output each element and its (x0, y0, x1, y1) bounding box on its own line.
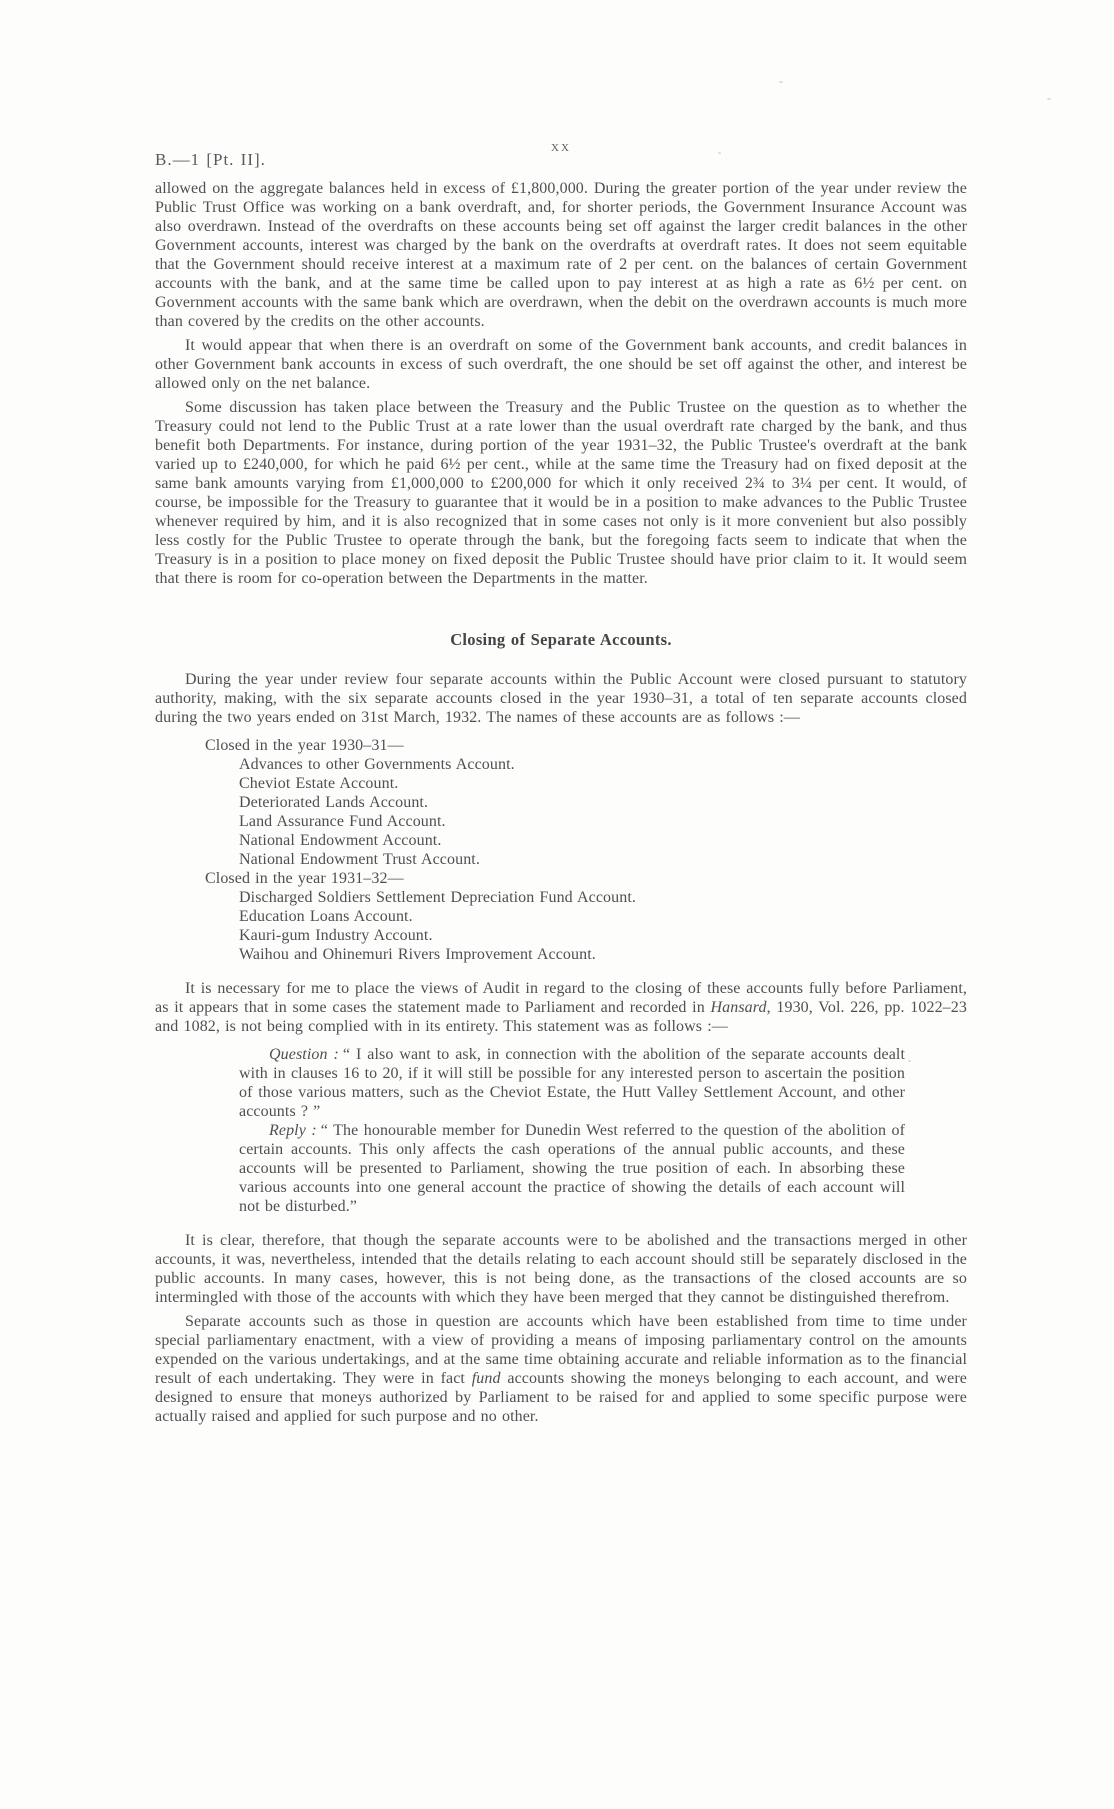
paragraph-details-disclosure: It is clear, therefore, that though the … (155, 1231, 967, 1307)
list-item-cheviot-estate: Cheviot Estate Account. (155, 774, 967, 793)
paragraph-hansard-reference: It is necessary for me to place the view… (155, 979, 967, 1036)
page-number: xx (155, 138, 967, 157)
hansard-italic: Hansard (710, 999, 766, 1016)
question-paragraph: Question :“ I also want to ask, in conne… (239, 1045, 905, 1121)
paragraph-net-balance: It would appear that when there is an ov… (155, 336, 967, 393)
paragraph-fund-accounts: Separate accounts such as those in quest… (155, 1312, 967, 1426)
scan-speck (1047, 98, 1051, 100)
list-item-kauri-gum-industry: Kauri-gum Industry Account. (155, 926, 967, 945)
section-heading-closing-of-separate-accounts: Closing of Separate Accounts. (155, 630, 967, 649)
list-item-national-endowment-trust: National Endowment Trust Account. (155, 850, 967, 869)
list-item-education-loans: Education Loans Account. (155, 907, 967, 926)
list-item-land-assurance-fund: Land Assurance Fund Account. (155, 812, 967, 831)
list-item-waihou-ohinemuri-rivers: Waihou and Ohinemuri Rivers Improvement … (155, 945, 967, 964)
paragraph-treasury-discussion: Some discussion has taken place between … (155, 398, 967, 588)
reply-paragraph: Reply :“ The honourable member for Duned… (239, 1121, 905, 1216)
question-label: Question : (269, 1046, 343, 1063)
list-item-advances-other-governments: Advances to other Governments Account. (155, 755, 967, 774)
reply-label: Reply : (269, 1122, 321, 1139)
page-header: B.—1 [Pt. II]. xx (155, 146, 967, 173)
hansard-quote-block: Question :“ I also want to ask, in conne… (155, 1045, 967, 1216)
scan-speck (908, 1060, 911, 1062)
list-item-deteriorated-lands: Deteriorated Lands Account. (155, 793, 967, 812)
closed-accounts-list: Closed in the year 1930–31— Advances to … (155, 736, 967, 964)
list-label-closed-1931-32: Closed in the year 1931–32— (155, 869, 967, 888)
list-item-national-endowment: National Endowment Account. (155, 831, 967, 850)
list-item-discharged-soldiers-settlement: Discharged Soldiers Settlement Depreciat… (155, 888, 967, 907)
document-page: B.—1 [Pt. II]. xx allowed on the aggrega… (0, 0, 1114, 1809)
paragraph-accounts-closed-summary: During the year under review four separa… (155, 670, 967, 727)
paragraph-overdraft-interest: allowed on the aggregate balances held i… (155, 179, 967, 331)
reply-text: “ The honourable member for Dunedin West… (239, 1122, 905, 1215)
scan-speck (779, 81, 783, 83)
list-label-closed-1930-31: Closed in the year 1930–31— (155, 736, 967, 755)
fund-italic: fund (472, 1370, 501, 1387)
